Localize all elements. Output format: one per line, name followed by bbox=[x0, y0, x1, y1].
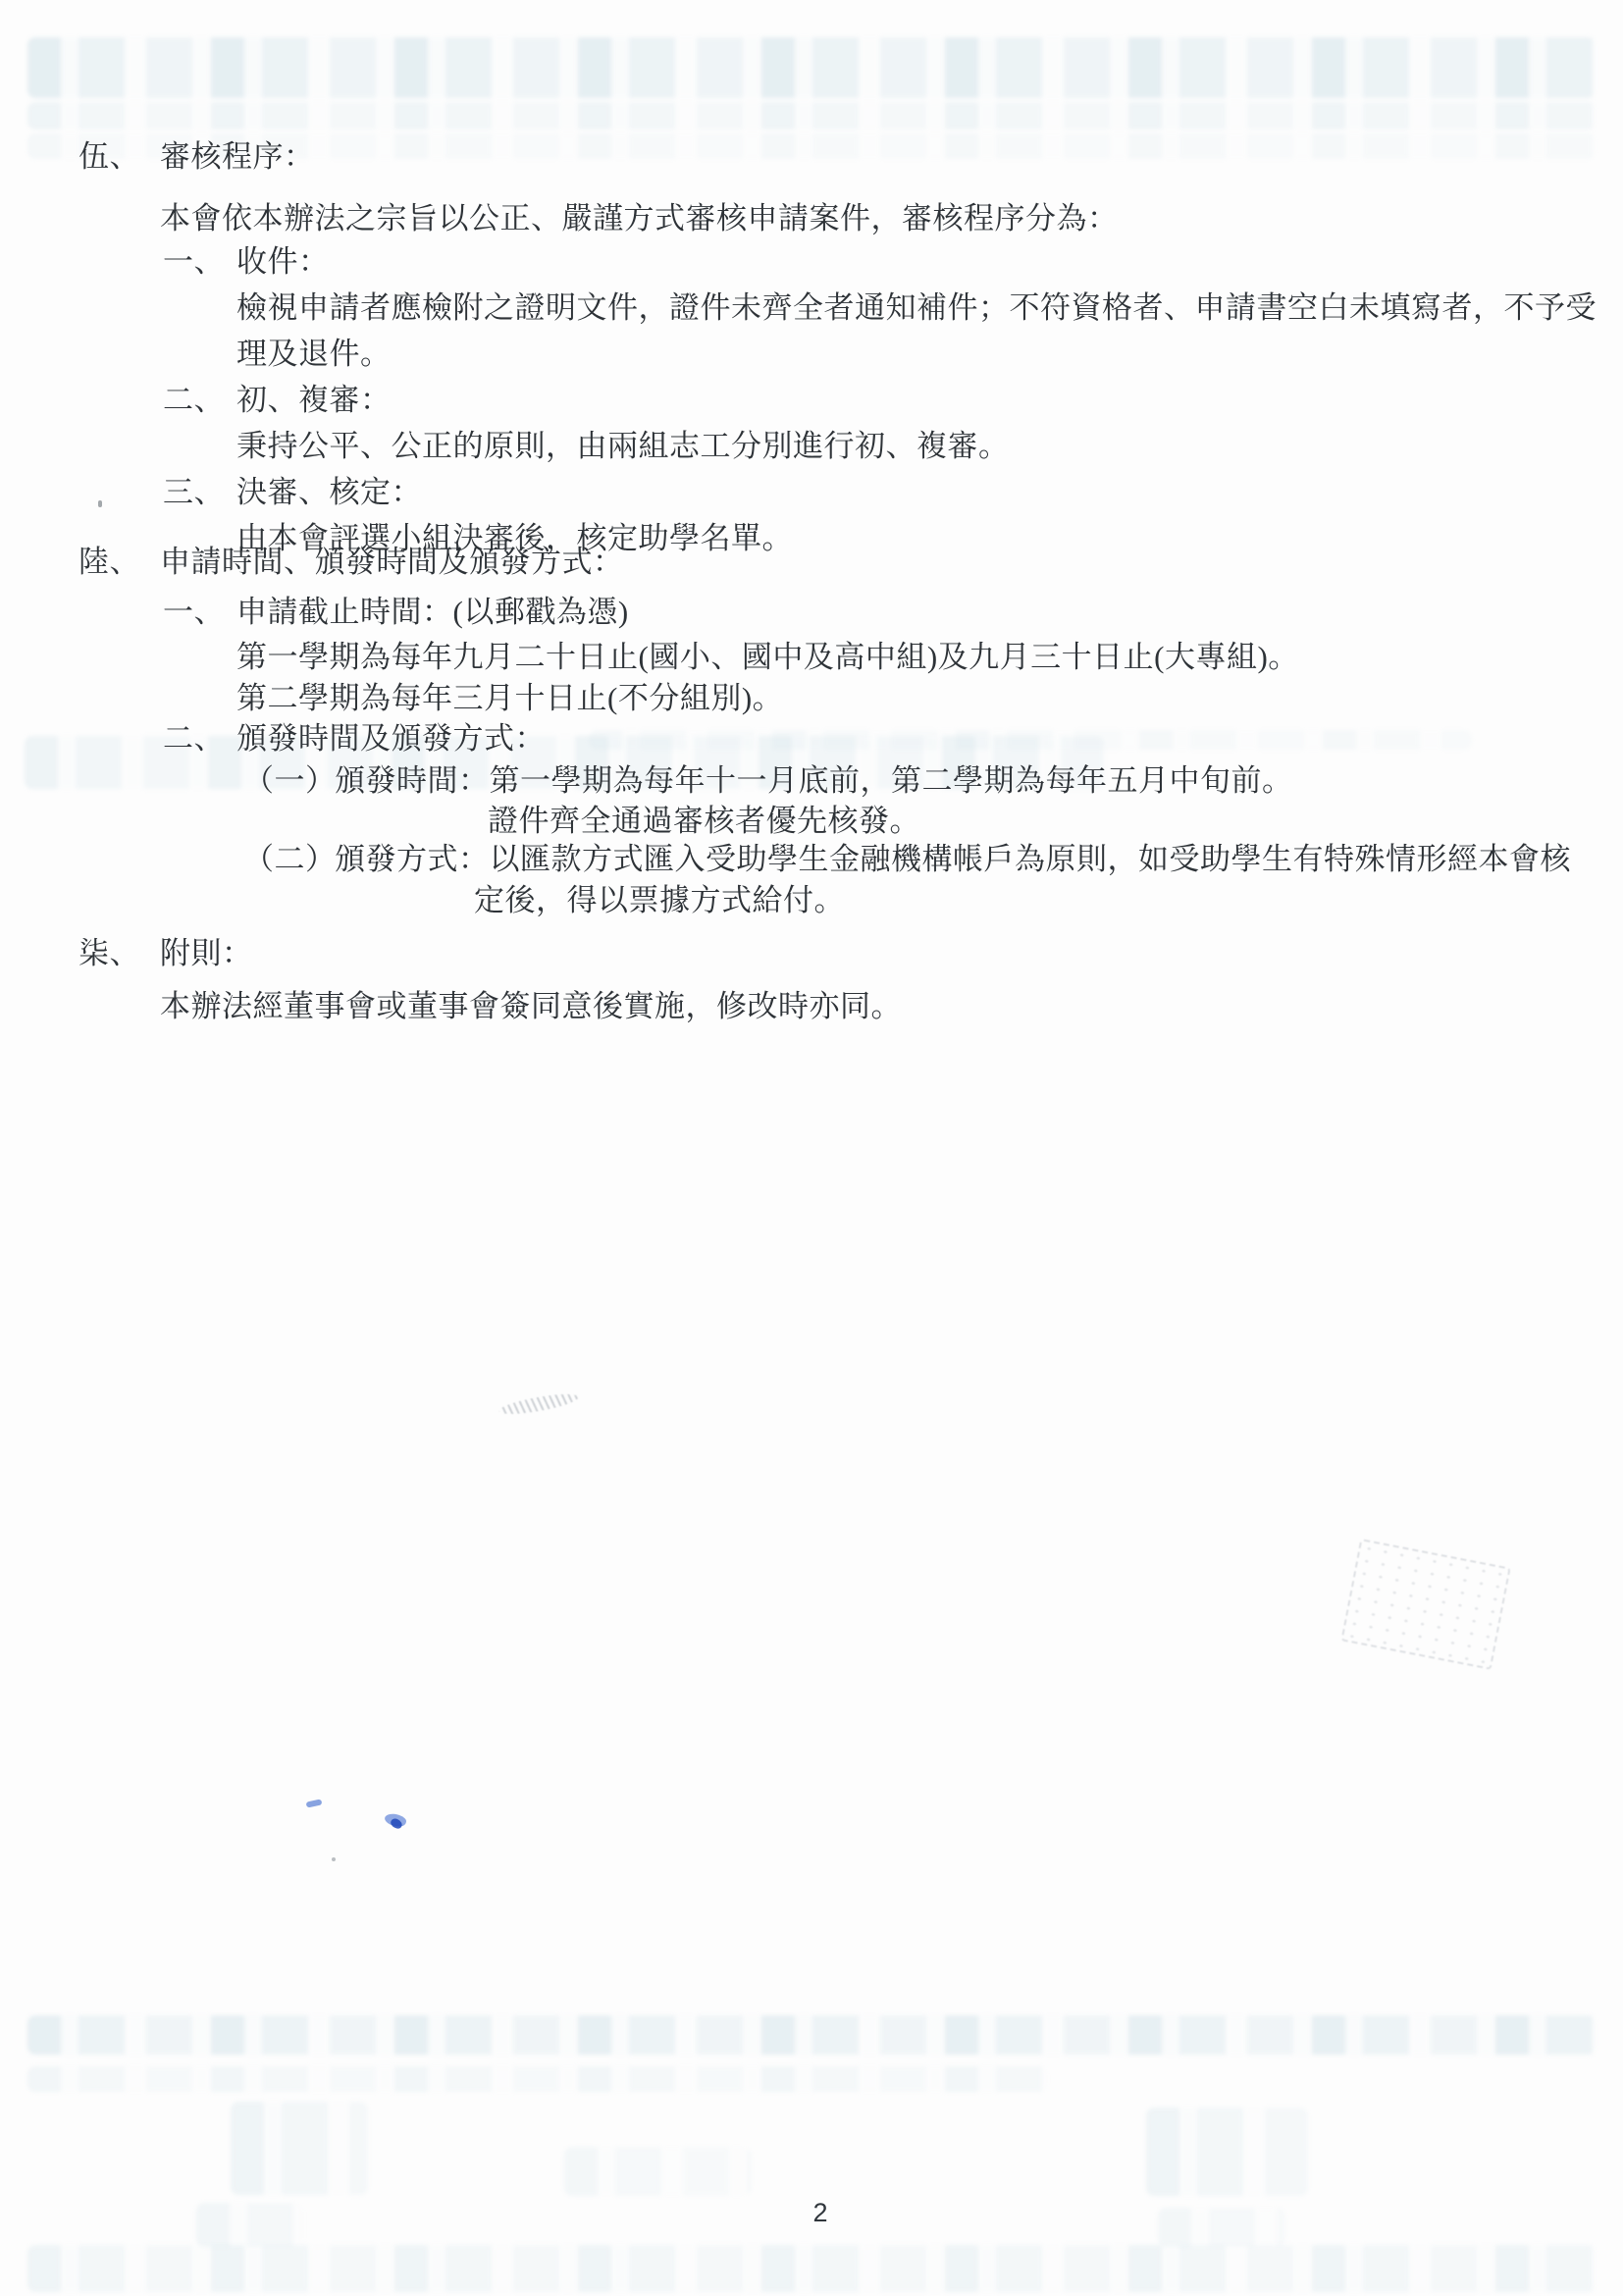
section5-item2-body-line1: 秉持公平、公正的原則，由兩組志工分別進行初、複審。 bbox=[236, 427, 1010, 466]
bleedthrough-band-middle2 bbox=[589, 730, 1472, 750]
section6-item2-title: 頒發時間及頒發方式： bbox=[236, 719, 546, 758]
section6-subitem2-line2: 定後，得以票據方式給付。 bbox=[474, 881, 845, 920]
section6-subitem1-line1: 頒發時間：第一學期為每年十一月底前，第二學期為每年五月中旬前。 bbox=[335, 761, 1293, 801]
bleedthrough-band-bottom-edge bbox=[27, 2245, 1596, 2292]
section6-item1-title: 申請截止時間：(以郵戳為憑) bbox=[236, 593, 629, 632]
section5-item2-title: 初、複審： bbox=[236, 381, 392, 420]
section6-item2-number: 二、 bbox=[163, 719, 225, 758]
section7-intro: 本辦法經董事會或董事會簽同意後實施，修改時亦同。 bbox=[160, 987, 902, 1026]
blue-ink-speck-small bbox=[306, 1799, 323, 1807]
page-number: 2 bbox=[791, 2198, 850, 2228]
section7-label: 柒、 bbox=[79, 934, 140, 973]
bleedthrough-band-top bbox=[27, 37, 1596, 98]
bleedthrough-patch-center bbox=[564, 2147, 751, 2196]
section5-label: 伍、 bbox=[79, 137, 140, 177]
section6-subitem1-number: （一） bbox=[243, 761, 337, 801]
section6-title: 申請時間、頒發時間及頒發方式： bbox=[160, 543, 624, 582]
section5-item1-title: 收件： bbox=[236, 242, 330, 282]
bleedthrough-patch-right bbox=[1146, 2108, 1308, 2196]
section5-item3-number: 三、 bbox=[163, 473, 225, 512]
section6-item1-number: 一、 bbox=[163, 593, 225, 632]
section5-item2-number: 二、 bbox=[163, 381, 225, 420]
gray-speck-2 bbox=[98, 500, 102, 507]
bleedthrough-patch-left2 bbox=[196, 2203, 304, 2247]
stamp-ghost bbox=[1340, 1539, 1510, 1670]
bleedthrough-band-top2 bbox=[27, 102, 1596, 130]
section6-item1-body-line1: 第一學期為每年九月二十日止(國小、國中及高中組)及九月三十日止(大專組)。 bbox=[236, 638, 1299, 677]
section5-item3-title: 決審、核定： bbox=[236, 473, 422, 512]
section7-title: 附則： bbox=[160, 934, 253, 973]
gray-speck-1 bbox=[332, 1857, 336, 1861]
section6-label: 陸、 bbox=[79, 543, 140, 582]
gray-speck-3 bbox=[1150, 308, 1153, 311]
section6-subitem2-number: （二） bbox=[243, 840, 337, 879]
pencil-smudge bbox=[497, 1390, 579, 1418]
bleedthrough-patch-right2 bbox=[1158, 2208, 1285, 2247]
section5-item1-body-line1: 檢視申請者應檢附之證明文件，證件未齊全者通知補件；不符資格者、申請書空白未填寫者… bbox=[236, 288, 1597, 328]
section5-item1-number: 一、 bbox=[163, 242, 225, 282]
scanned-document-page: 伍、 審核程序： 本會依本辦法之宗旨以公正、嚴謹方式審核申請案件，審核程序分為：… bbox=[0, 0, 1623, 2296]
section6-subitem2-line1: 頒發方式：以匯款方式匯入受助學生金融機構帳戶為原則，如受助學生有特殊情形經本會核 bbox=[335, 840, 1571, 879]
bleedthrough-row-bottom bbox=[27, 2066, 1048, 2092]
section6-subitem1-line2: 證件齊全通過審核者優先核發。 bbox=[488, 802, 920, 841]
section5-title: 審核程序： bbox=[160, 137, 315, 177]
section5-item1-body-line2: 理及退件。 bbox=[236, 335, 392, 374]
bleedthrough-patch-left bbox=[231, 2102, 368, 2195]
bleedthrough-band-bottom bbox=[27, 2015, 1596, 2055]
section6-item1-body-line2: 第二學期為每年三月十日止(不分組別)。 bbox=[236, 679, 783, 718]
section5-intro: 本會依本辦法之宗旨以公正、嚴謹方式審核申請案件，審核程序分為： bbox=[160, 199, 1119, 238]
